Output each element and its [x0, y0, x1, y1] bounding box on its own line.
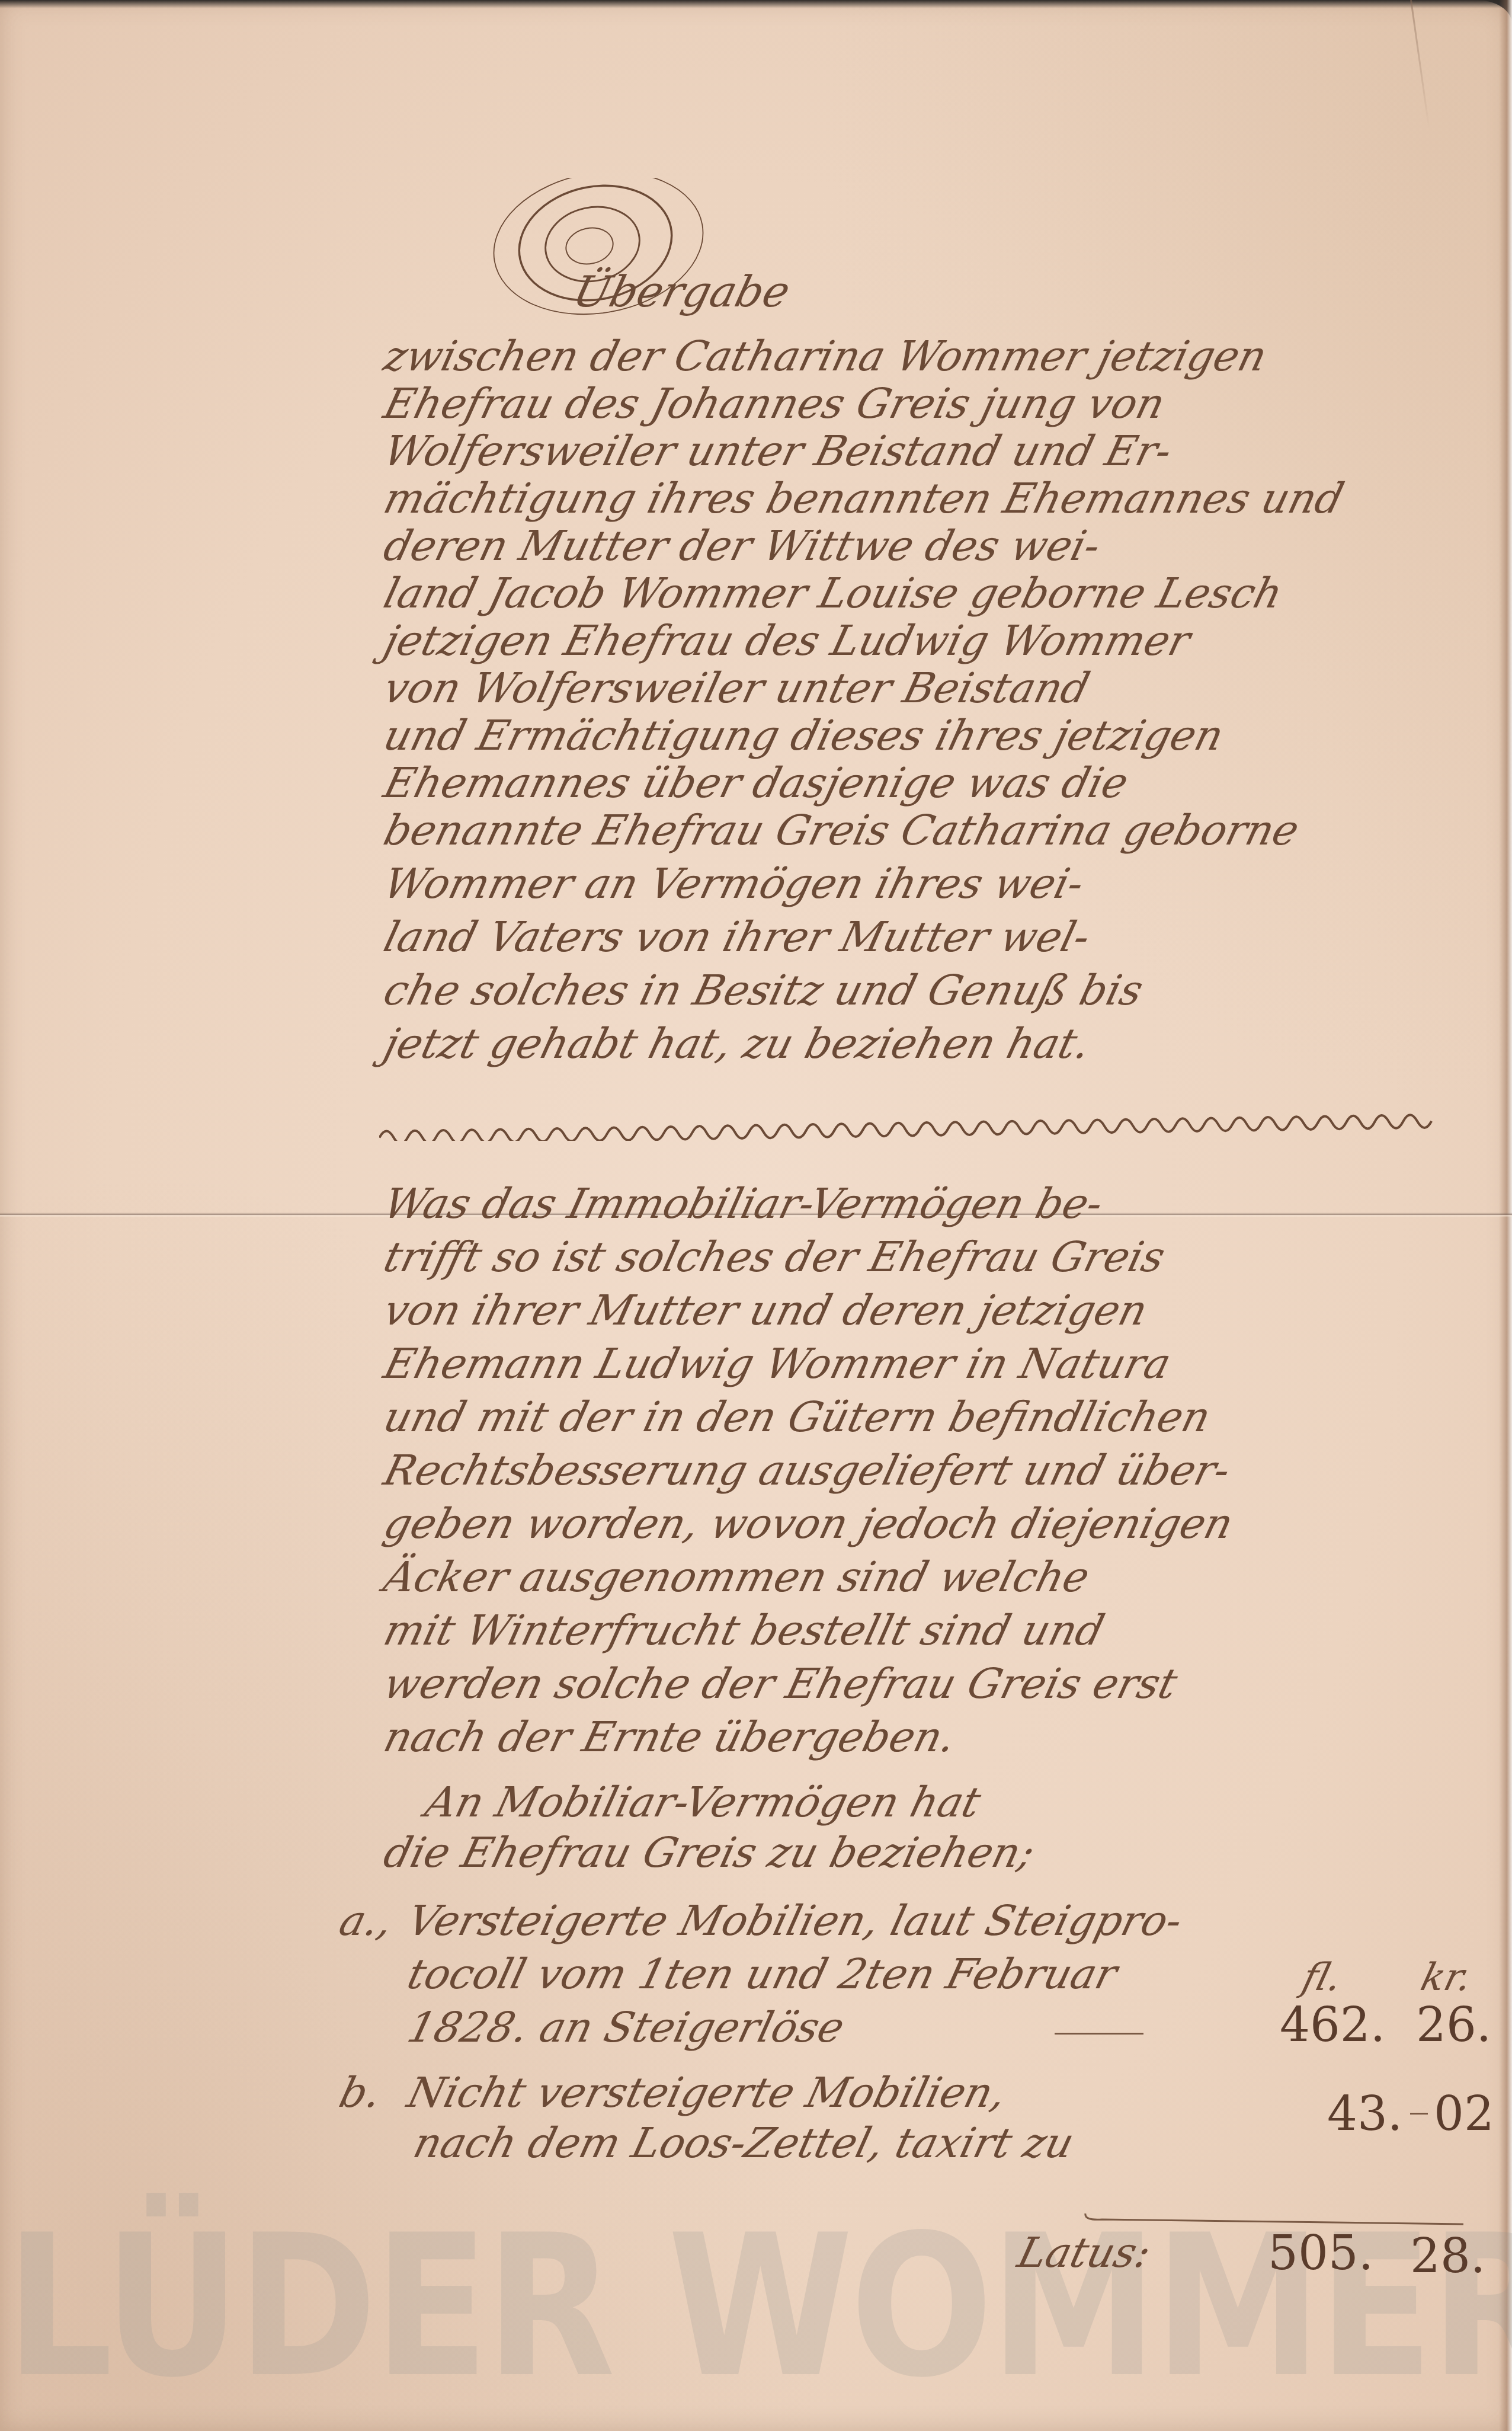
text-line: geben worden, wovon jedoch diejenigen — [379, 1499, 1238, 1548]
text-line: die Ehefrau Greis zu beziehen; — [379, 1828, 1040, 1877]
text-line: che solches in Besitz und Genuß bis — [379, 966, 1148, 1015]
text-line: Ehefrau des Johannes Greis jung von — [379, 379, 1170, 428]
text-line: Versteigerte Mobilien, laut Steigpro- — [403, 1896, 1187, 1945]
text-line: mit Winterfrucht bestellt sind und — [379, 1606, 1109, 1655]
dash-rule — [1055, 2033, 1143, 2035]
text-line: An Mobiliar-Vermögen hat — [421, 1778, 986, 1827]
text-line: Ehemann Ludwig Wommer in Natura — [379, 1339, 1176, 1388]
text-line: nach dem Loos-Zettel, taxirt zu — [409, 2119, 1079, 2167]
sum-rule — [1084, 2208, 1469, 2225]
scan-top-edge — [0, 0, 1512, 8]
text-line: Äcker ausgenommen sind welche — [379, 1553, 1094, 1601]
amount-kr: 26. — [1416, 1997, 1491, 2052]
text-line: und Ermächtigung dieses ihres jetzigen — [379, 711, 1229, 760]
text-line: tocoll vom 1ten und 2ten Februar — [403, 1950, 1122, 1998]
text-line: Wommer an Vermögen ihres wei- — [379, 859, 1089, 908]
subtotal-label: Latus: — [1013, 2228, 1156, 2277]
text-line: jetzt gehabt hat, zu beziehen hat. — [379, 1019, 1095, 1068]
text-line: land Jacob Wommer Louise geborne Lesch — [379, 569, 1287, 618]
text-line: nach der Ernte übergeben. — [379, 1713, 961, 1761]
text-line: Wolfersweiler unter Beistand und Er- — [379, 427, 1177, 475]
dash-rule — [1410, 2113, 1428, 2115]
text-line: Rechtsbesserung ausgeliefert und über- — [379, 1446, 1235, 1495]
amount-kr: 02 — [1434, 2086, 1494, 2141]
text-line: Was das Immobiliar-Vermögen be- — [379, 1179, 1108, 1228]
text-line: Ehemannes über dasjenige was die — [379, 759, 1133, 807]
amount-fl: 462. — [1280, 1997, 1385, 2052]
text-line: trifft so ist solches der Ehefrau Greis — [379, 1233, 1170, 1281]
subtotal-kr: 28. — [1410, 2228, 1485, 2283]
subtotal-fl: 505. — [1268, 2225, 1373, 2280]
document-heading: Übergabe — [569, 267, 795, 316]
text-line: und mit der in den Gütern befindlichen — [379, 1393, 1216, 1441]
amount-fl: 43. — [1327, 2086, 1402, 2141]
text-line: benannte Ehefrau Greis Catharina geborne — [379, 806, 1304, 855]
text-line: werden solche der Ehefrau Greis erst — [379, 1659, 1183, 1708]
text-line: 1828. an Steigerlöse — [403, 2003, 850, 2052]
text-line: land Vaters von ihrer Mutter wel- — [379, 913, 1095, 961]
text-line: zwischen der Catharina Wommer jetzigen — [379, 332, 1272, 380]
text-line: mächtigung ihres benannten Ehemannes und — [379, 474, 1349, 523]
text-line: von Wolfersweiler unter Beistand — [379, 664, 1095, 712]
text-line: deren Mutter der Wittwe des wei- — [379, 522, 1106, 570]
text-line: Nicht versteigerte Mobilien, — [403, 2068, 1011, 2117]
text-line: jetzigen Ehefrau des Ludwig Wommer — [379, 616, 1196, 665]
wavy-separator — [379, 1099, 1481, 1141]
text-line: von ihrer Mutter und deren jetzigen — [379, 1286, 1152, 1335]
